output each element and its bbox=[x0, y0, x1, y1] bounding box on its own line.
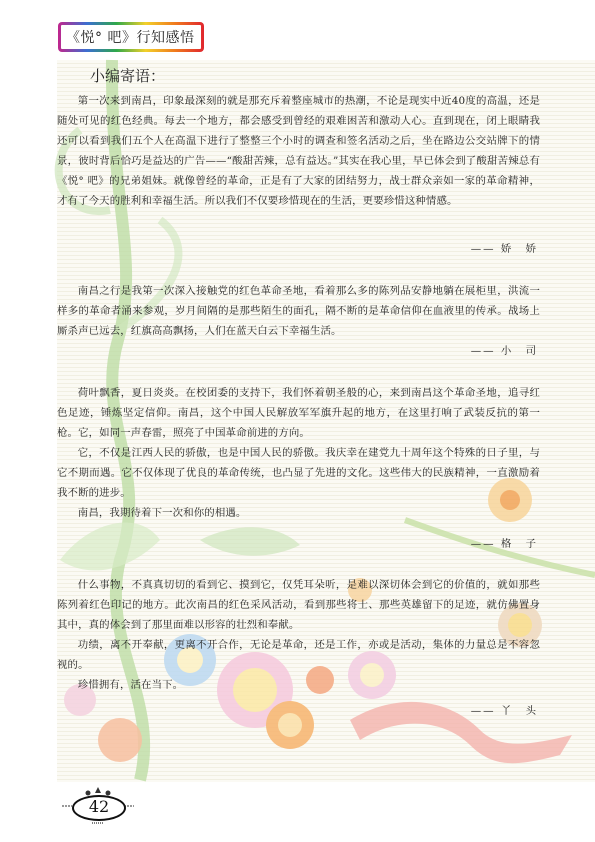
column-title: 《悦° 吧》行知感悟 bbox=[66, 27, 194, 47]
article-paragraph: 它，不仅是江西人民的骄傲，也是中国人民的骄傲。我庆幸在建党九十周年这个特殊的日子… bbox=[57, 443, 540, 503]
page-number: 42 bbox=[72, 797, 126, 816]
article-1-signature: —— 娇 娇 bbox=[471, 240, 538, 255]
article-2: 南昌之行是我第一次深入接触党的红色革命圣地，看着那么多的陈列品安静地躺在展柜里，… bbox=[57, 281, 540, 341]
article-3: 荷叶飘香，夏日炎炎。在校团委的支持下，我们怀着朝圣般的心，来到南昌这个革命圣地，… bbox=[57, 383, 540, 523]
article-3-signature: —— 格 子 bbox=[471, 535, 538, 550]
article-1: 第一次来到南昌，印象最深刻的就是那充斥着整座城市的热潮，不论是现实中近40度的高… bbox=[57, 91, 540, 211]
article-4-signature: —— 丫 头 bbox=[471, 702, 538, 717]
article-paragraph: 珍惜拥有，活在当下。 bbox=[57, 675, 540, 695]
section-heading: 小编寄语： bbox=[90, 65, 165, 86]
page-number-ornament: 42 bbox=[62, 785, 134, 829]
article-paragraph: 功绩，离不开奉献，更离不开合作，无论是革命，还是工作，亦或是活动，集体的力量总是… bbox=[57, 635, 540, 675]
magazine-header-badge: 《悦° 吧》行知感悟 bbox=[58, 22, 204, 52]
article-paragraph: 荷叶飘香，夏日炎炎。在校团委的支持下，我们怀着朝圣般的心，来到南昌这个革命圣地，… bbox=[57, 383, 540, 443]
article-paragraph: 第一次来到南昌，印象最深刻的就是那充斥着整座城市的热潮，不论是现实中近40度的高… bbox=[57, 91, 540, 211]
article-paragraph: 南昌，我期待着下一次和你的相遇。 bbox=[57, 503, 540, 523]
article-paragraph: 什么事物，不真真切切的看到它、摸到它，仅凭耳朵听，是难以深切体会到它的价值的，就… bbox=[57, 575, 540, 635]
article-paragraph: 南昌之行是我第一次深入接触党的红色革命圣地，看着那么多的陈列品安静地躺在展柜里，… bbox=[57, 281, 540, 341]
article-2-signature: —— 小 司 bbox=[471, 342, 538, 357]
article-4: 什么事物，不真真切切的看到它、摸到它，仅凭耳朵听，是难以深切体会到它的价值的，就… bbox=[57, 575, 540, 695]
